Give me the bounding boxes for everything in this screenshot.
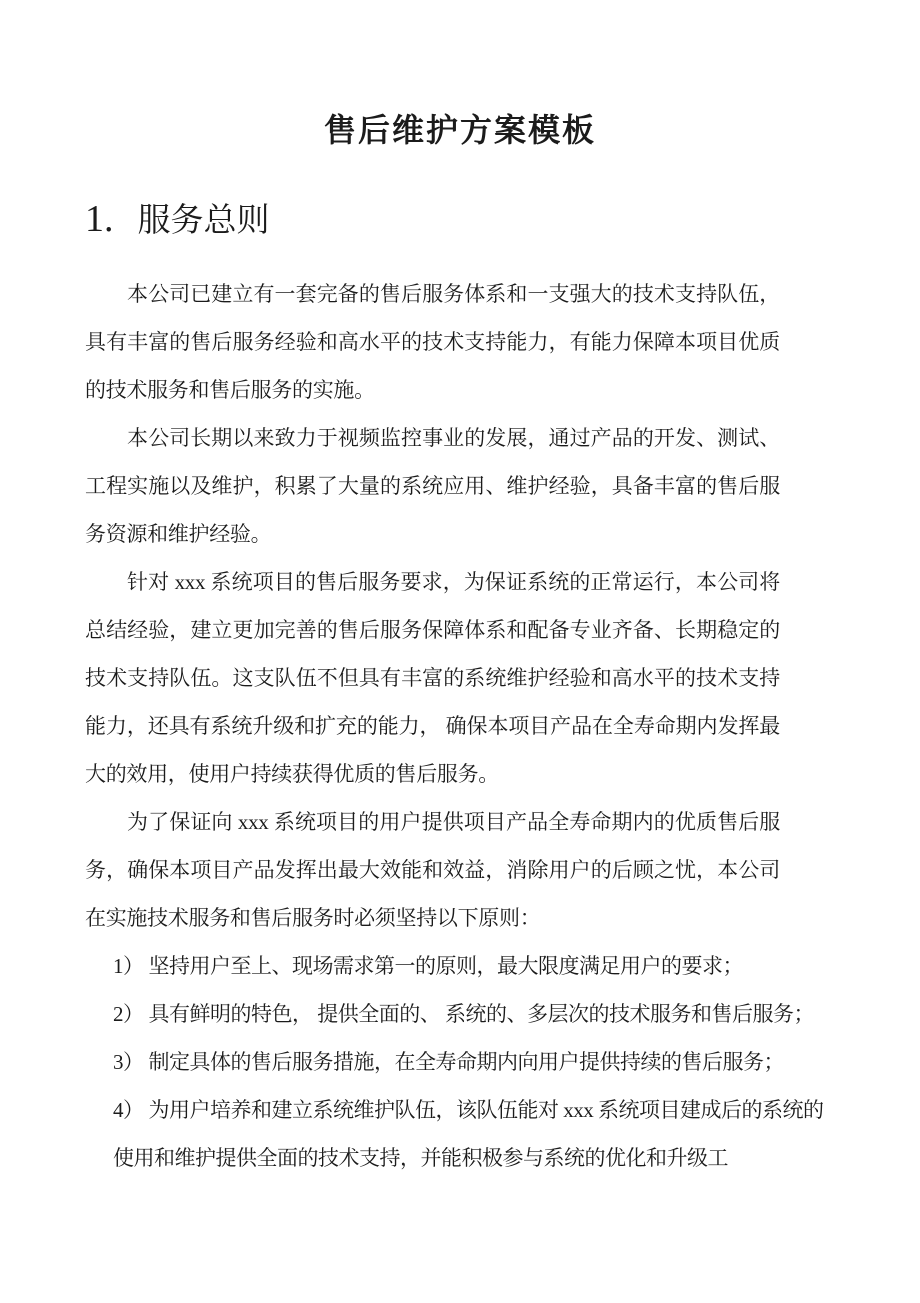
- list-item-3-marker: 3）: [113, 1050, 144, 1074]
- list-item-3: 3）制定具体的售后服务措施，在全寿命期内向用户提供持续的售后服务；: [113, 1038, 840, 1086]
- list-item-4: 4）为用户培养和建立系统维护队伍，该队伍能对 xxx 系统项目建成后的系统的使用…: [113, 1086, 840, 1182]
- section-title: 服务总则: [138, 203, 270, 239]
- list-item-1: 1）坚持用户至上、现场需求第一的原则，最大限度满足用户的要求；: [113, 942, 840, 990]
- document-page: 售后维护方案模板 1.服务总则 本公司已建立有一套完备的售后服务体系和一支强大的…: [0, 0, 920, 1303]
- paragraph-principles-intro: 为了保证向 xxx 系统项目的用户提供项目产品全寿命期内的优质售后服务，确保本项…: [85, 798, 780, 942]
- list-item-2-text: 具有鲜明的特色， 提供全面的、 系统的、多层次的技术服务和售后服务；: [149, 1002, 815, 1026]
- paragraph-project-commitment: 针对 xxx 系统项目的售后服务要求，为保证系统的正常运行，本公司将总结经验，建…: [85, 558, 780, 798]
- paragraph-company-experience: 本公司长期以来致力于视频监控事业的发展，通过产品的开发、测试、工程实施以及维护，…: [85, 414, 780, 558]
- section-heading: 1.服务总则: [85, 196, 920, 244]
- section-number: 1.: [85, 198, 114, 240]
- list-item-3-text: 制定具体的售后服务措施，在全寿命期内向用户提供持续的售后服务；: [149, 1050, 785, 1074]
- document-title: 售后维护方案模板: [0, 0, 920, 152]
- list-item-1-text: 坚持用户至上、现场需求第一的原则，最大限度满足用户的要求；: [149, 954, 744, 978]
- document-body: 本公司已建立有一套完备的售后服务体系和一支强大的技术支持队伍，具有丰富的售后服务…: [0, 270, 920, 1182]
- list-item-1-marker: 1）: [113, 954, 144, 978]
- list-item-2: 2）具有鲜明的特色， 提供全面的、 系统的、多层次的技术服务和售后服务；: [113, 990, 840, 1038]
- list-item-4-text: 为用户培养和建立系统维护队伍，该队伍能对 xxx 系统项目建成后的系统的使用和维…: [113, 1098, 824, 1170]
- list-item-2-marker: 2）: [113, 1002, 144, 1026]
- paragraph-service-system: 本公司已建立有一套完备的售后服务体系和一支强大的技术支持队伍，具有丰富的售后服务…: [85, 270, 780, 414]
- list-item-4-marker: 4）: [113, 1098, 144, 1122]
- principles-list: 1）坚持用户至上、现场需求第一的原则，最大限度满足用户的要求； 2）具有鲜明的特…: [85, 942, 840, 1182]
